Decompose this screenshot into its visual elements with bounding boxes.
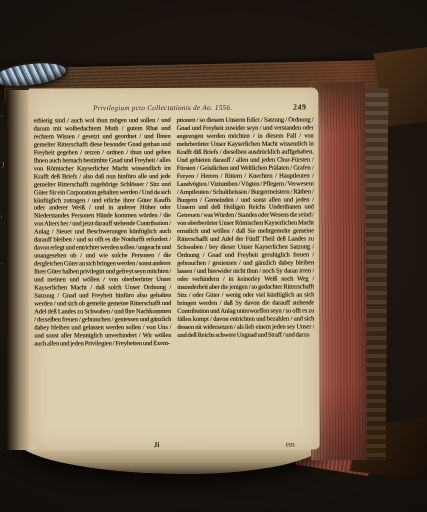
text-column-left: erbietig sind / auch wol thun mögen und … xyxy=(33,117,171,439)
signature-mark: Ji xyxy=(154,440,160,449)
page-title: Privilegium pcto Collectationis de Ao. 1… xyxy=(38,104,287,113)
photo-backdrop: ‒ O ʒ ‒ Privilegium pcto Collectationis … xyxy=(0,0,427,512)
book-page: Privilegium pcto Collectationis de Ao. 1… xyxy=(28,87,319,450)
text-column-right: ptionen / so diesem Unserm Edict / Satzu… xyxy=(176,117,314,439)
cutoff-glyph: O xyxy=(1,161,10,170)
cutoff-glyph: ‒ xyxy=(1,259,10,268)
signature-row: Ji em xyxy=(30,439,320,450)
catchword: em xyxy=(286,440,295,449)
running-head: Privilegium pcto Collectationis de Ao. 1… xyxy=(38,103,306,116)
page-number: 249 xyxy=(287,103,307,112)
cutoff-glyph: ʒ xyxy=(1,210,10,219)
cutoff-glyph: ‒ xyxy=(1,112,10,121)
cutoff-marginalia: ‒ O ʒ ‒ xyxy=(1,112,13,442)
